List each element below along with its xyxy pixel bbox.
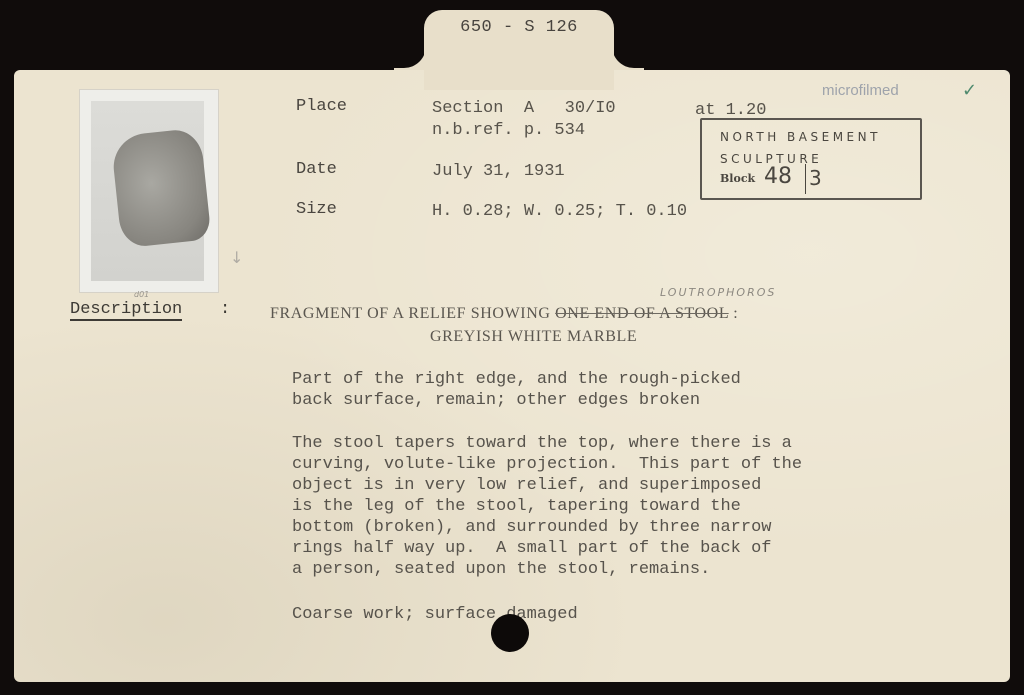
size-label: Size: [296, 200, 337, 219]
description-label: Description: [70, 300, 182, 321]
checkmark-icon: ✓: [962, 80, 977, 101]
notebook-reference: n.b.ref. p. 534: [432, 121, 585, 140]
title-prefix: FRAGMENT OF A RELIEF SHOWING: [270, 305, 555, 322]
marble-fragment-image: [110, 128, 211, 249]
date-label: Date: [296, 160, 337, 179]
stamp-block-number: 48: [764, 164, 792, 189]
pencil-number: d01: [134, 290, 149, 299]
place-value: Section A 30/I0: [432, 99, 616, 118]
date-value: July 31, 1931: [432, 162, 565, 181]
pencil-correction: LOUTROPHOROS: [660, 286, 776, 299]
description-colon: :: [220, 300, 230, 319]
punch-hole: [491, 614, 529, 652]
material: GREYISH WHITE MARBLE: [430, 328, 637, 346]
description-title: FRAGMENT OF A RELIEF SHOWING ONE END OF …: [270, 305, 738, 323]
stamp-block-label: Block: [720, 172, 755, 185]
pencil-arrow-icon: ↓: [230, 248, 243, 267]
place-label: Place: [296, 97, 347, 116]
title-struck-text: ONE END OF A STOOL: [555, 305, 728, 322]
photo-background: [91, 101, 204, 281]
description-paragraph-2: The stool tapers toward the top, where t…: [292, 433, 802, 580]
description-paragraph-1: Part of the right edge, and the rough-pi…: [292, 369, 741, 411]
description-paragraph-3: Coarse work; surface damaged: [292, 604, 578, 625]
catalog-number: 650 - S 126: [424, 18, 614, 37]
stamp-divider: [805, 164, 806, 194]
stamp-block-sub: 3: [809, 166, 822, 190]
microfilmed-stamp: microfilmed: [822, 82, 899, 99]
size-value: H. 0.28; W. 0.25; T. 0.10: [432, 202, 687, 221]
title-suffix: :: [729, 305, 739, 322]
location-stamp: NORTH BASEMENT SCULPTURE Block 48 3: [700, 118, 922, 200]
object-photo: [79, 89, 219, 293]
stamp-line-1: NORTH BASEMENT: [720, 130, 881, 144]
